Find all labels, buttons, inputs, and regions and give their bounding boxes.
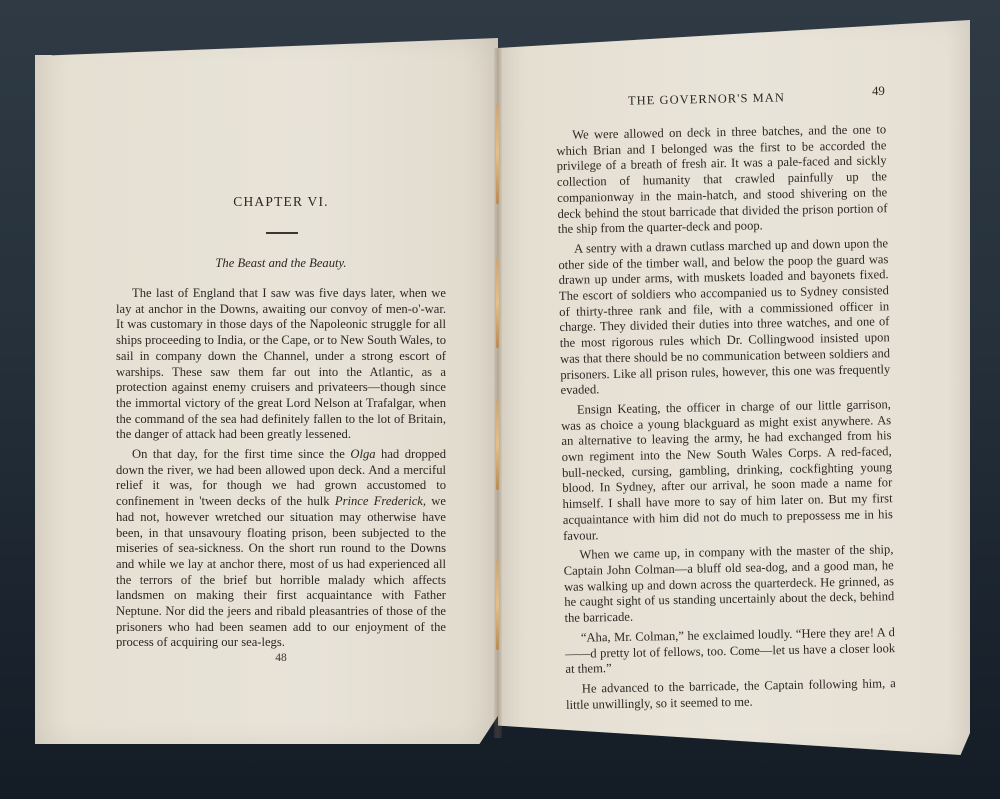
right-page-body: We were allowed on deck in three batches… [556,122,896,717]
text-span: On that day, for the first time since th… [132,447,350,461]
photo-scene: CHAPTER VI. The Beast and the Beauty. Th… [0,0,1000,799]
chapter-heading: CHAPTER VI. [116,194,446,210]
ship-name: Prince Frederick, [335,494,426,508]
paragraph: “Aha, Mr. Colman,” he exclaimed loudly. … [565,625,896,678]
text-span: we had not, however wretched our situati… [116,494,446,649]
page-number-left: 48 [266,652,296,664]
left-page-body: The last of England that I saw was five … [116,286,446,655]
binding-stitch [496,258,499,348]
binding-stitch [496,400,499,490]
paragraph: The last of England that I saw was five … [116,286,446,443]
paragraph: We were allowed on deck in three batches… [556,122,888,238]
binding-stitch [496,560,499,650]
ship-name: Olga [350,447,375,461]
paragraph: A sentry with a drawn cutlass marched up… [558,236,891,399]
paragraph: Ensign Keating, the officer in charge of… [561,397,893,544]
page-number-right: 49 [872,84,885,99]
chapter-rule [266,232,298,234]
binding-stitch [496,104,499,204]
paragraph: On that day, for the first time since th… [116,447,446,651]
paragraph: He advanced to the barricade, the Captai… [566,676,896,713]
chapter-subtitle: The Beast and the Beauty. [116,256,446,271]
paragraph: When we came up, in company with the mas… [563,542,894,626]
